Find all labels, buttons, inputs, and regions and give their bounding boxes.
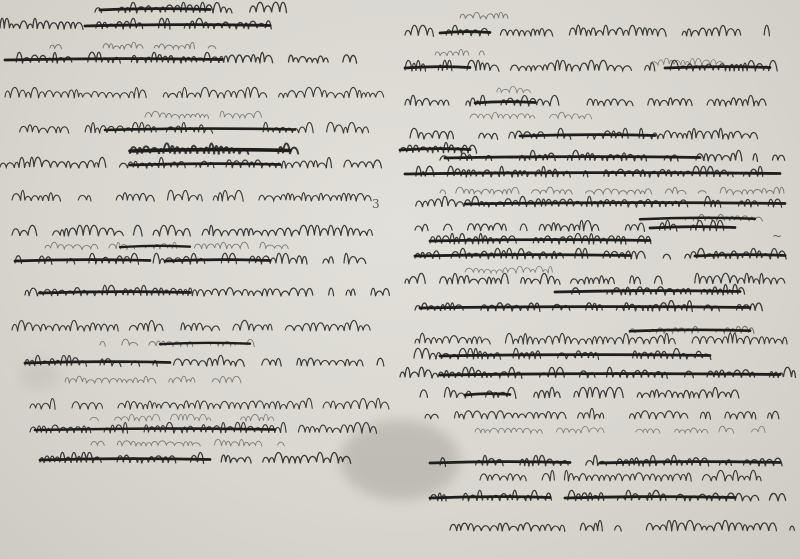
margin-note: ~ [772, 229, 782, 243]
strikethrough [650, 227, 735, 228]
handwritten-line [650, 58, 724, 65]
strikethrough [405, 173, 780, 174]
handwritten-line [415, 333, 787, 344]
handwritten-line [405, 95, 766, 106]
strikethrough [130, 164, 280, 165]
strikethrough [160, 343, 250, 344]
strikethrough [640, 218, 755, 219]
left-column-text [0, 2, 389, 463]
strikethrough [130, 150, 290, 151]
strikethrough [445, 157, 700, 158]
manuscript-page: 3~ [0, 0, 800, 559]
strikethrough [165, 260, 270, 261]
strikethrough [5, 59, 222, 60]
handwritten-line [65, 376, 241, 383]
handwritten-line [425, 408, 779, 419]
strikethrough [25, 362, 170, 363]
handwritten-line [470, 112, 592, 119]
strikethrough [555, 291, 740, 292]
strikethrough [40, 292, 190, 293]
right-column-text [400, 12, 795, 531]
strikethrough [520, 135, 655, 136]
strikethrough [35, 429, 275, 430]
strikethrough [665, 67, 770, 68]
handwritten-line [145, 111, 279, 118]
strikethrough [465, 394, 510, 395]
handwritten-line [435, 49, 484, 56]
strikethrough [105, 129, 295, 130]
strikethrough [415, 255, 630, 256]
strikethrough [100, 9, 210, 10]
handwritten-line [420, 387, 739, 398]
strikethrough [405, 67, 470, 68]
handwritten-line [480, 470, 761, 481]
handwritten-line [90, 414, 274, 421]
strikethrough [120, 246, 190, 247]
handwritten-line [440, 187, 784, 194]
handwritten-line [497, 86, 531, 93]
strikethrough [15, 260, 150, 261]
strikethrough [430, 240, 650, 241]
strikethrough [695, 255, 785, 256]
handwritten-line [50, 42, 216, 49]
strikethrough [565, 497, 735, 498]
handwritten-line [12, 225, 372, 236]
strikethrough [475, 102, 535, 103]
handwritten-line [460, 12, 508, 19]
strikethrough [440, 374, 780, 375]
strikethrough [85, 25, 270, 26]
handwritten-line [475, 426, 777, 433]
strikethrough [630, 330, 750, 331]
strikethrough [600, 462, 780, 463]
strikethrough [430, 497, 550, 498]
handwritten-line [30, 398, 389, 409]
handwritten-line [91, 439, 284, 446]
handwriting-layer: 3~ [0, 0, 800, 559]
strikethrough [430, 462, 570, 463]
strikethrough [400, 149, 470, 150]
handwritten-line [12, 320, 370, 331]
strikethrough [40, 459, 210, 460]
handwritten-line [450, 520, 794, 531]
handwritten-line [12, 190, 371, 201]
handwritten-line [5, 87, 384, 98]
handwritten-line [465, 266, 552, 273]
margin-note: 3 [372, 197, 380, 211]
strikethrough [465, 203, 785, 204]
handwritten-line [405, 273, 785, 284]
strikethrough [440, 355, 710, 356]
strikethrough [440, 32, 490, 33]
strikethrough [420, 307, 750, 308]
